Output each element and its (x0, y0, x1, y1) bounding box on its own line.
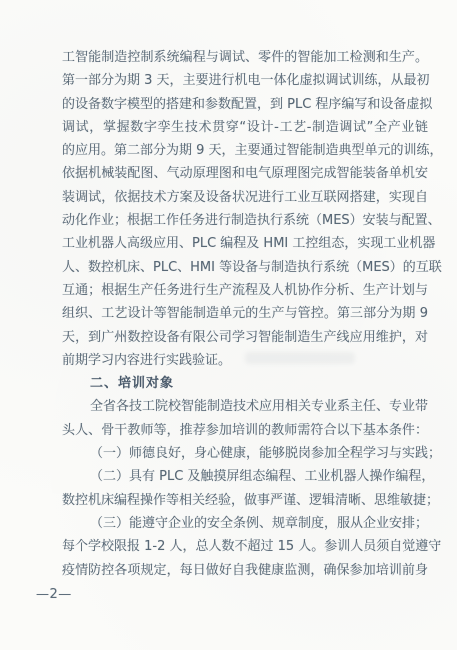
document-page: 工智能制造控制系统编程与调试、零件的智能加工检测和生产。 第一部分为期 3 天，… (0, 0, 457, 650)
text-line: 每个学校限报 1-2 人，总人数不超过 15 人。参训人员须自觉遵守 (62, 535, 428, 558)
text-line: 依据机械装配图、气动原理图和电气原理图完成智能装备单机安 (62, 162, 428, 185)
page-number: —2— (36, 587, 72, 602)
text-line: 工智能制造控制系统编程与调试、零件的智能加工检测和生产。 (62, 46, 428, 69)
text-line: （二）具有 PLC 及触摸屏组态编程、工业机器人操作编程， (62, 465, 428, 488)
text-line: 的设备数字模型的搭建和参数配置，到 PLC 程序编写和设备虚拟 (62, 93, 428, 116)
text-line: 数控机床编程操作等相关经验，做事严谨、逻辑清晰、思维敏捷； (62, 489, 428, 512)
text-line: 头人、骨干教师等，推荐参加培训的教师需符合以下基本条件： (62, 419, 428, 442)
text-line: 组织、工艺设计等智能制造单元的生产与管控。第三部分为期 9 (62, 302, 428, 325)
text-line: 工业机器人高级应用、PLC 编程及 HMI 工控组态，实现工业机器 (62, 232, 428, 255)
text-line: （三）能遵守企业的安全条例、规章制度，服从企业安排； (62, 512, 428, 535)
text-line: 互通；根据生产任务进行生产流程及人机协作分析、生产计划与 (62, 279, 428, 302)
text-line: 全省各技工院校智能制造技术应用相关专业系主任、专业带 (62, 395, 428, 418)
text-line: 装调试，依据技术方案及设备状况进行工业互联网搭建，实现自 (62, 186, 428, 209)
text-line: 疫情防控各项规定，每日做好自我健康监测，确保参加培训前身 (62, 559, 428, 582)
text-line: 人、数控机床、PLC、HMI 等设备与制造执行系统（MES）的互联 (62, 256, 428, 279)
text-line: 动化作业；根据工作任务进行制造执行系统（MES）安装与配置、 (62, 209, 428, 232)
document-body: 工智能制造控制系统编程与调试、零件的智能加工检测和生产。 第一部分为期 3 天，… (62, 46, 428, 582)
section-heading: 二、培训对象 (62, 372, 428, 395)
text-line: 前期学习内容进行实践验证。 (62, 349, 428, 372)
text-line: 的应用。第二部分为期 9 天，主要通过智能制造典型单元的训练， (62, 139, 428, 162)
text-line: 第一部分为期 3 天，主要进行机电一体化虚拟调试训练，从最初 (62, 69, 428, 92)
text-line: 调试，掌握数字孪生技术贯穿“设计-工艺-制造调试”全产业链 (62, 116, 428, 139)
text-line: 天，到广州数控设备有限公司学习智能制造生产线应用维护，对 (62, 326, 428, 349)
text-line: （一）师德良好，身心健康，能够脱岗参加全程学习与实践； (62, 442, 428, 465)
